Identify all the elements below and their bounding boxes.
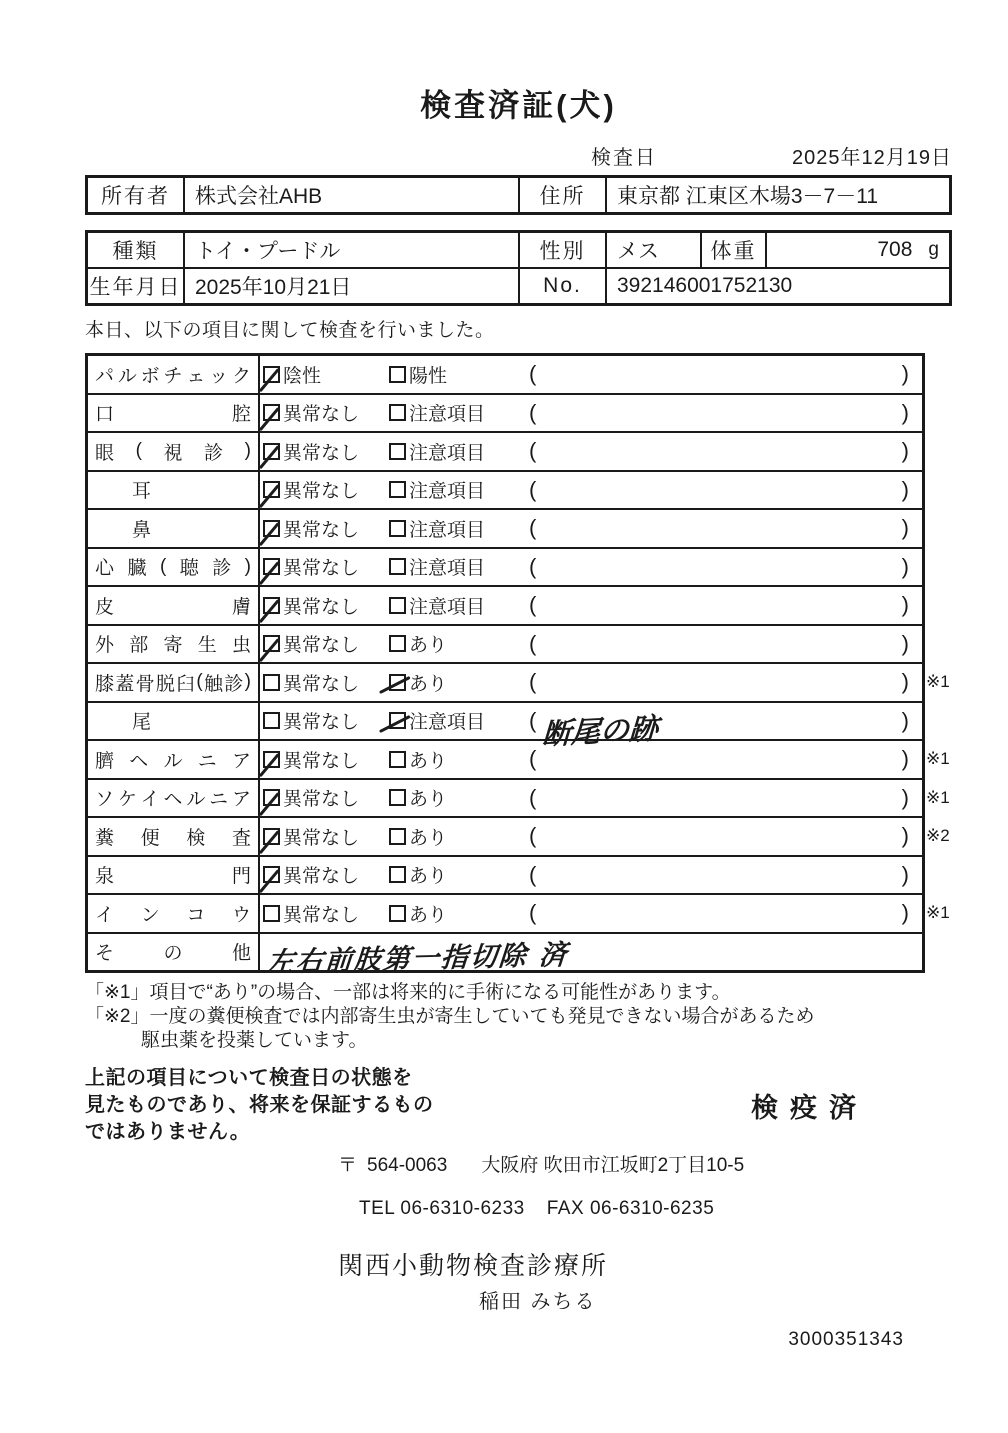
checkbox-icon[interactable] [263, 520, 280, 537]
checkbox-option[interactable]: 注意項目 [389, 707, 529, 734]
breed-label: 種類 [88, 233, 183, 267]
tel-number: 06-6310-6233 [400, 1198, 524, 1219]
checklist-item-label: 耳 [88, 472, 260, 509]
clinic-address: 大阪府 吹田市江坂町2丁目10-5 [481, 1155, 744, 1176]
checkbox-icon[interactable] [389, 404, 406, 421]
result-parenthesis-close: ) [902, 592, 909, 618]
clinic-phone-line: TEL 06-6310-6233FAX 06-6310-6235 [359, 1198, 952, 1220]
checkbox-icon[interactable] [263, 674, 280, 691]
checkbox-icon[interactable] [389, 443, 406, 460]
checkbox-option[interactable]: 注意項目 [389, 592, 529, 619]
result-parenthesis-open: ( [529, 438, 536, 464]
result-parenthesis-close: ) [902, 361, 909, 387]
certificate-page: 検査済証(犬) 検査日 2025年12月19日 所有者 株式会社AHB 住所 東… [0, 0, 1008, 1433]
result-parenthesis-open: ( [529, 554, 536, 580]
checklist-table: パルボチェック 陰性 陽性 ( ) 口腔 異常なし 注意項目 ( ) [85, 353, 925, 973]
checklist-row: その他 左右前肢第一指切除 済 [88, 932, 922, 971]
checkbox-option[interactable]: 注意項目 [389, 399, 529, 426]
checkbox-option[interactable]: 異常なし [263, 399, 389, 426]
checklist-item-label: パルボチェック [88, 356, 260, 393]
checkbox-option[interactable]: 陰性 [263, 361, 389, 388]
result-parenthesis-open: ( [529, 592, 536, 618]
result-parenthesis-close: ) [902, 708, 909, 734]
checkbox-option[interactable]: 異常なし [263, 592, 389, 619]
checklist-row: 鼻 異常なし 注意項目 ( ) [88, 508, 922, 547]
result-parenthesis-open: ( [529, 823, 536, 849]
checkbox-icon[interactable] [389, 635, 406, 652]
checkbox-option[interactable]: 注意項目 [389, 553, 529, 580]
owner-value: 株式会社AHB [183, 178, 518, 212]
postal-code: 564-0063 [367, 1155, 447, 1176]
footnote-mark: ※1 [926, 749, 966, 769]
checkbox-option[interactable]: 注意項目 [389, 438, 529, 465]
checkbox-option[interactable]: 異常なし [263, 861, 389, 888]
checkbox-option[interactable]: あり [389, 630, 529, 657]
inspection-date-value: 2025年12月19日 [792, 141, 952, 170]
checklist-row: 糞便検査 異常なし あり ( ) ※2 [88, 816, 922, 855]
checklist-item-label: 眼(視診) [88, 433, 260, 470]
checklist-row: 皮膚 異常なし 注意項目 ( ) [88, 585, 922, 624]
result-parenthesis-open: ( [529, 631, 536, 657]
disclaimer-statement: 上記の項目について検査日の状態を 見たものであり、将来を保証するもの ではありま… [85, 1065, 505, 1146]
checklist-item-label: 皮膚 [88, 587, 260, 624]
checkbox-option[interactable]: あり [389, 784, 529, 811]
checkbox-icon[interactable] [263, 558, 280, 575]
checkbox-icon[interactable] [263, 751, 280, 768]
checkbox-option[interactable]: 異常なし [263, 900, 389, 927]
checkbox-icon[interactable] [389, 558, 406, 575]
checklist-item-label: 外部寄生虫 [88, 626, 260, 663]
checklist-row: 尾 異常なし 注意項目 ( 断尾の跡 ) [88, 701, 922, 740]
checklist-row: 泉門 異常なし あり ( ) [88, 855, 922, 894]
result-parenthesis-open: ( [529, 669, 536, 695]
checkbox-option[interactable]: 異常なし [263, 515, 389, 542]
pet-table: 種類 トイ・プードル 性別 メス 体重 708 g 生年月日 2025年10月2… [85, 230, 952, 306]
weight-label: 体重 [700, 233, 765, 267]
checkbox-option[interactable]: あり [389, 669, 529, 696]
checkbox-option[interactable]: 異常なし [263, 823, 389, 850]
checkbox-icon[interactable] [263, 366, 280, 383]
fax-number: 06-6310-6235 [590, 1198, 714, 1219]
checkbox-icon[interactable] [263, 789, 280, 806]
result-parenthesis-close: ) [902, 900, 909, 926]
owner-label: 所有者 [88, 178, 183, 212]
birthdate-value: 2025年10月21日 [183, 269, 518, 303]
result-parenthesis-close: ) [902, 477, 909, 503]
result-parenthesis-open: ( [529, 400, 536, 426]
checkbox-icon[interactable] [389, 828, 406, 845]
inspection-date-label: 検査日 [591, 141, 657, 170]
number-label: No. [518, 269, 605, 303]
footnote-mark: ※1 [926, 672, 966, 692]
checklist-row: 口腔 異常なし 注意項目 ( ) [88, 393, 922, 432]
result-parenthesis-open: ( [529, 515, 536, 541]
footnote-mark: ※1 [926, 788, 966, 808]
checklist-item-label: ソケイヘルニア [88, 780, 260, 817]
checkbox-icon[interactable] [389, 751, 406, 768]
checkbox-icon[interactable] [389, 789, 406, 806]
checkbox-icon[interactable] [389, 712, 406, 729]
result-parenthesis-close: ) [902, 785, 909, 811]
checklist-item-label: 鼻 [88, 510, 260, 547]
checkbox-icon[interactable] [389, 520, 406, 537]
postal-mark-icon: 〒 [338, 1155, 357, 1176]
checkbox-option[interactable]: 異常なし [263, 438, 389, 465]
footnote-1: 「※1」項目で“あり”の場合、一部は将来的に手術になる可能性があります。 [85, 981, 952, 1005]
checkbox-option[interactable]: 異常なし [263, 553, 389, 580]
result-parenthesis-close: ) [902, 554, 909, 580]
result-parenthesis-open: ( [529, 900, 536, 926]
weight-value: 708 g [765, 233, 949, 267]
footnote-2: 「※2」一度の糞便検査では内部寄生虫が寄生していても発見できない場合があるため [85, 1005, 952, 1029]
checklist-item-label: 尾 [88, 703, 260, 740]
checklist-item-label: 膝蓋骨脱臼(触診) [88, 664, 260, 701]
address-value: 東京都 江東区木場3－7－11 [605, 178, 949, 212]
checkbox-icon[interactable] [263, 866, 280, 883]
breed-value: トイ・プードル [183, 233, 518, 267]
clinic-address-line: 〒564-0063大阪府 吹田市江坂町2丁目10-5 [338, 1150, 952, 1177]
veterinarian-name: 稲田 みちる [479, 1285, 952, 1314]
intro-text: 本日、以下の項目に関して検査を行いました。 [85, 315, 952, 342]
checklist-row: 耳 異常なし 注意項目 ( ) [88, 470, 922, 509]
checklist-row: 臍ヘルニア 異常なし あり ( ) ※1 [88, 739, 922, 778]
checkbox-icon[interactable] [389, 366, 406, 383]
checkbox-option[interactable]: あり [389, 823, 529, 850]
checklist-item-label: 心臓(聴診) [88, 549, 260, 586]
checklist-item-label: 臍ヘルニア [88, 741, 260, 778]
result-parenthesis-close: ) [902, 438, 909, 464]
checkbox-option[interactable]: 異常なし [263, 476, 389, 503]
checkbox-option[interactable]: あり [389, 861, 529, 888]
sex-label: 性別 [518, 233, 605, 267]
checkbox-option[interactable]: 注意項目 [389, 476, 529, 503]
checkbox-option[interactable]: 異常なし [263, 707, 389, 734]
checklist-item-label: 泉門 [88, 857, 260, 894]
result-parenthesis-close: ) [902, 669, 909, 695]
result-parenthesis-open: ( [529, 708, 536, 734]
checkbox-option[interactable]: 注意項目 [389, 515, 529, 542]
sex-value: メス [605, 233, 700, 267]
handwritten-note: 左右前肢第一指切除 済 [262, 924, 924, 980]
result-parenthesis-open: ( [529, 361, 536, 387]
result-parenthesis-close: ) [902, 631, 909, 657]
address-label: 住所 [518, 178, 605, 212]
footnote-mark: ※1 [926, 903, 966, 923]
checkbox-icon[interactable] [263, 481, 280, 498]
checkbox-icon[interactable] [389, 866, 406, 883]
checkbox-icon[interactable] [263, 905, 280, 922]
checkbox-option[interactable]: 異常なし [263, 746, 389, 773]
result-parenthesis-close: ) [902, 823, 909, 849]
checkbox-icon[interactable] [389, 597, 406, 614]
inspection-date-row: 検査日 2025年12月19日 [85, 141, 952, 167]
checkbox-option[interactable]: 陽性 [389, 361, 529, 388]
result-parenthesis-close: ) [902, 862, 909, 888]
document-title: 検査済証(犬) [85, 80, 952, 125]
checklist-row: ソケイヘルニア 異常なし あり ( ) ※1 [88, 778, 922, 817]
checkbox-option[interactable]: 異常なし [263, 630, 389, 657]
checklist-row: 心臓(聴診) 異常なし 注意項目 ( ) [88, 547, 922, 586]
checklist-item-label: 口腔 [88, 395, 260, 432]
owner-table: 所有者 株式会社AHB 住所 東京都 江東区木場3－7－11 [85, 175, 952, 215]
footnote-2-continued: 駆虫薬を投薬しています。 [85, 1029, 952, 1053]
checkbox-icon[interactable] [263, 443, 280, 460]
checklist-item-label: インコウ [88, 895, 260, 932]
footnote-mark: ※2 [926, 826, 966, 846]
checklist-row: パルボチェック 陰性 陽性 ( ) [88, 356, 922, 393]
result-parenthesis-open: ( [529, 785, 536, 811]
serial-number: 3000351343 [85, 1329, 952, 1351]
birthdate-label: 生年月日 [88, 269, 183, 303]
checkbox-icon[interactable] [389, 481, 406, 498]
result-parenthesis-close: ) [902, 515, 909, 541]
checkbox-icon[interactable] [389, 905, 406, 922]
checkbox-option[interactable]: 異常なし [263, 784, 389, 811]
checkbox-icon[interactable] [263, 404, 280, 421]
number-value: 392146001752130 [605, 269, 949, 303]
checkbox-icon[interactable] [389, 674, 406, 691]
result-parenthesis-open: ( [529, 862, 536, 888]
checkbox-icon[interactable] [263, 828, 280, 845]
checkbox-option[interactable]: あり [389, 746, 529, 773]
checklist-row: 外部寄生虫 異常なし あり ( ) [88, 624, 922, 663]
checklist-item-label: その他 [88, 934, 260, 971]
quarantine-stamp: 検疫済 [751, 1086, 868, 1125]
fax-label: FAX [547, 1198, 584, 1219]
checkbox-icon[interactable] [263, 635, 280, 652]
clinic-name: 関西小動物検査診療所 [338, 1246, 952, 1282]
result-parenthesis-close: ) [902, 400, 909, 426]
checklist-row: 膝蓋骨脱臼(触診) 異常なし あり ( ) ※1 [88, 662, 922, 701]
checkbox-icon[interactable] [263, 712, 280, 729]
checkbox-icon[interactable] [263, 597, 280, 614]
result-parenthesis-open: ( [529, 477, 536, 503]
checkbox-option[interactable]: あり [389, 900, 529, 927]
checklist-row: 眼(視診) 異常なし 注意項目 ( ) [88, 431, 922, 470]
weight-unit: g [928, 239, 939, 261]
checkbox-option[interactable]: 異常なし [263, 669, 389, 696]
tel-label: TEL [359, 1198, 395, 1219]
result-parenthesis-close: ) [902, 746, 909, 772]
footnotes: 「※1」項目で“あり”の場合、一部は将来的に手術になる可能性があります。 「※2… [85, 981, 952, 1053]
checklist-item-label: 糞便検査 [88, 818, 260, 855]
